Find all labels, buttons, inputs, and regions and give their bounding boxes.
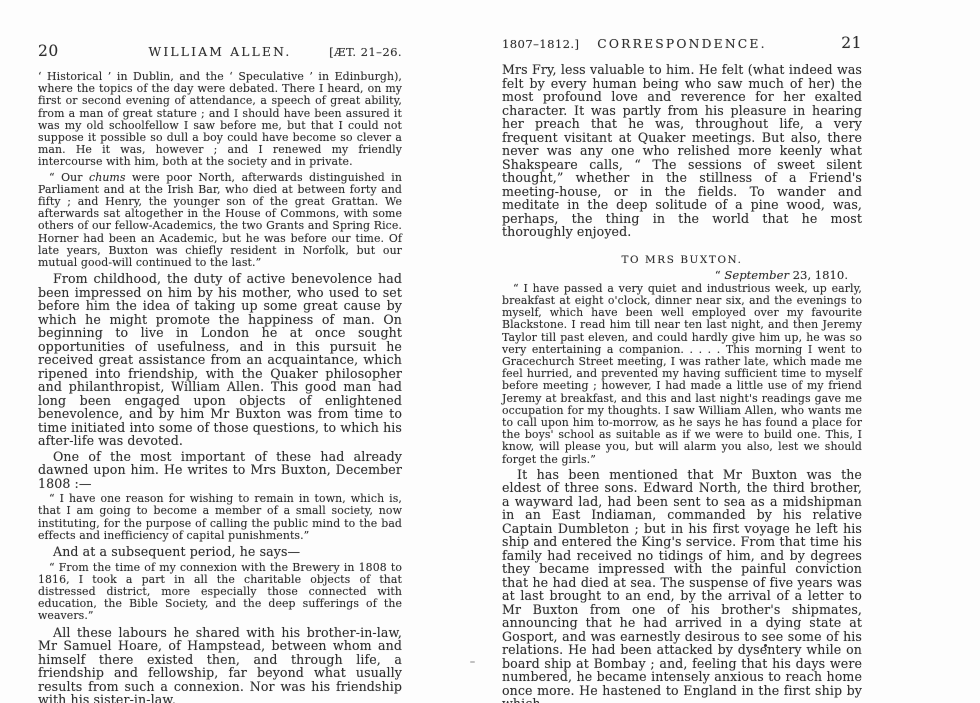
right-page-number: 21 [767, 34, 862, 52]
aetatis-note: [ÆT. 21–26. [291, 45, 402, 59]
quote-town-paragraph: “ I have one reason for wishing to remai… [38, 493, 402, 542]
left-page-number: 20 [38, 42, 149, 60]
date-range-note: 1807–1812.] [502, 37, 597, 51]
quote-chums-italic: chums [89, 171, 126, 184]
book-scan-spread: { "colors": { "paper": "#fdfdfd", "ink":… [0, 0, 980, 703]
paragraph-brothers: It has been mentioned that Mr Buxton was… [502, 468, 862, 703]
quote-brewery-paragraph: “ From the time of my connexion with the… [38, 562, 402, 623]
quote-chums-paragraph: “ Our chums were poor North, afterwards … [38, 172, 402, 270]
left-page-header: 20 WILLIAM ALLEN. [ÆT. 21–26. [38, 42, 402, 60]
paragraph-dawned: One of the most important of these had a… [38, 450, 402, 491]
left-page: 20 WILLIAM ALLEN. [ÆT. 21–26. ‘ Historic… [38, 42, 402, 703]
paragraph-childhood: From childhood, the duty of active benev… [38, 272, 402, 448]
right-page: 1807–1812.] CORRESPONDENCE. 21 Mrs Fry, … [502, 34, 862, 703]
letter-date-line: “ September 23, 1810. [502, 268, 862, 282]
quote-chums-pre: “ Our [49, 171, 89, 184]
paragraph-subsequent: And at a subsequent period, he says— [38, 545, 402, 559]
right-running-header: CORRESPONDENCE. [597, 37, 766, 51]
letter-heading: TO MRS BUXTON. [502, 254, 862, 266]
letter-date-month: September [724, 268, 789, 282]
letter-date-open-quote: “ [715, 268, 725, 282]
letter-date-rest: 23, 1810. [789, 268, 848, 282]
letter-body-paragraph: “ I have passed a very quiet and industr… [502, 283, 862, 466]
quote-continuation-paragraph: ‘ Historical ’ in Dublin, and the ‘ Spec… [38, 71, 402, 169]
scan-speck [470, 661, 475, 663]
left-running-header: WILLIAM ALLEN. [149, 45, 292, 59]
paragraph-mrs-fry: Mrs Fry, less valuable to him. He felt (… [502, 63, 862, 239]
right-page-header: 1807–1812.] CORRESPONDENCE. 21 [502, 34, 862, 52]
quote-chums-post: were poor North, afterwards distinguishe… [38, 171, 402, 269]
paragraph-labours: All these labours he shared with his bro… [38, 626, 402, 703]
scan-speck [764, 644, 767, 647]
